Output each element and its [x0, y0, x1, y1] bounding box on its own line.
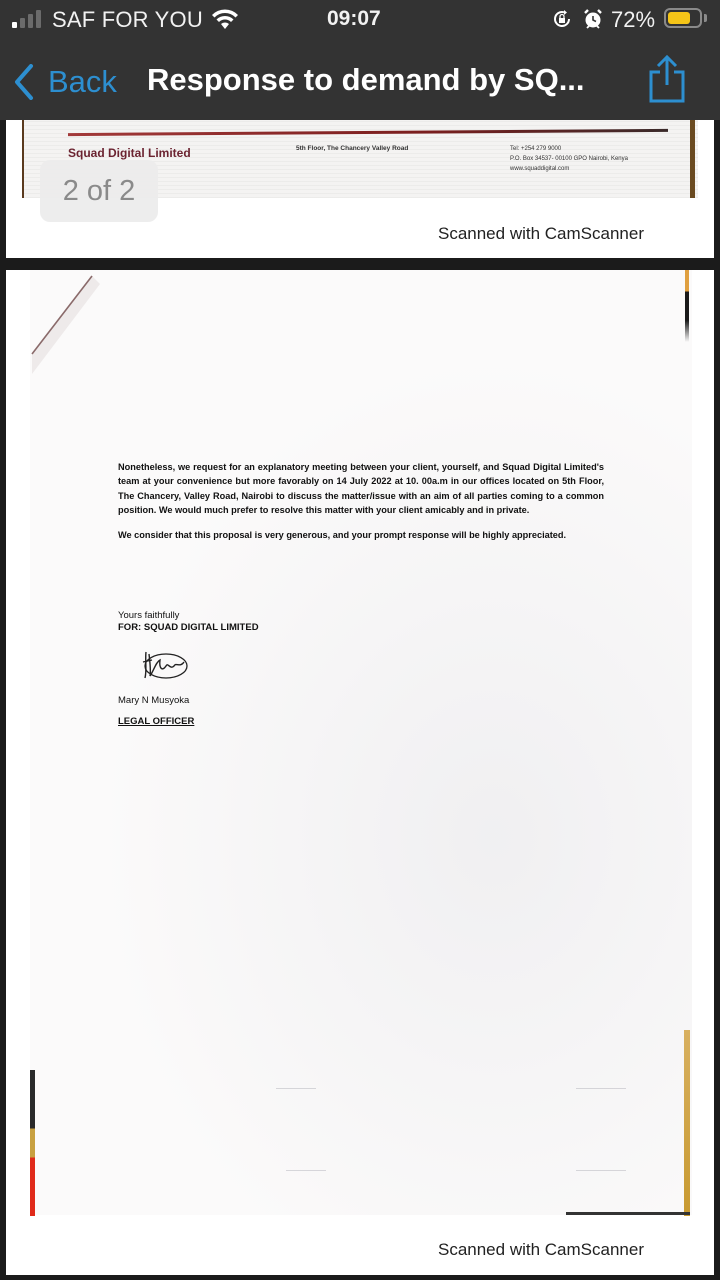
bleed-through-mark	[286, 1170, 326, 1171]
scan-edge	[30, 1070, 35, 1216]
back-label: Back	[48, 64, 117, 100]
document-viewer[interactable]: Squad Digital Limited 5th Floor, The Cha…	[0, 120, 720, 1280]
battery-percent: 72%	[611, 7, 655, 33]
bleed-through-mark	[276, 1088, 316, 1089]
letter-paragraph: We consider that this proposal is very g…	[118, 528, 604, 542]
letter-paragraph: Nonetheless, we request for an explanato…	[118, 460, 604, 518]
carrier-name: SAF FOR YOU	[52, 7, 203, 33]
letterhead-contact: Tel: +254 279 9000 P.O. Box 34537- 00100…	[510, 144, 628, 174]
signature-image	[140, 648, 190, 682]
clock: 09:07	[327, 7, 381, 31]
letter-closing: Yours faithfully FOR: SQUAD DIGITAL LIMI…	[118, 610, 259, 633]
letterhead-address: 5th Floor, The Chancery Valley Road	[296, 145, 408, 152]
scan-edge	[684, 1030, 690, 1216]
signer-name: Mary N Musyoka	[118, 695, 189, 706]
letterhead-po-box: P.O. Box 34537- 00100 GPO Nairobi, Kenya	[510, 154, 628, 164]
document-page-2: Nonetheless, we request for an explanato…	[6, 270, 714, 1275]
scanned-image	[30, 270, 692, 1215]
page-indicator: 2 of 2	[40, 160, 158, 222]
status-bar: SAF FOR YOU 09:07 72%	[0, 0, 720, 40]
letterhead-website: www.squaddigital.com	[510, 164, 628, 174]
battery-tip	[704, 14, 707, 22]
camscanner-footer: Scanned with CamScanner	[438, 224, 644, 244]
document-title: Response to demand by SQ...	[147, 62, 585, 98]
scan-edge	[566, 1212, 690, 1215]
scan-edge	[685, 270, 689, 342]
letterhead-tel: Tel: +254 279 9000	[510, 144, 628, 154]
navigation-bar: Back Response to demand by SQ...	[0, 48, 720, 116]
bleed-through-mark	[576, 1088, 626, 1089]
share-icon[interactable]	[646, 54, 688, 104]
signer-title: LEGAL OFFICER	[118, 716, 194, 727]
document-page-1: Squad Digital Limited 5th Floor, The Cha…	[6, 120, 714, 258]
letterhead-company: Squad Digital Limited	[68, 146, 191, 160]
chevron-left-icon	[14, 64, 34, 100]
scan-edge	[690, 120, 695, 198]
top-bar: SAF FOR YOU 09:07 72% Back	[0, 0, 720, 120]
signal-icon	[12, 10, 46, 28]
closing-company: FOR: SQUAD DIGITAL LIMITED	[118, 622, 259, 633]
bleed-through-mark	[576, 1170, 626, 1171]
paper-fold-shadow	[30, 274, 100, 374]
camscanner-footer: Scanned with CamScanner	[438, 1240, 644, 1260]
orientation-lock-icon	[552, 9, 572, 29]
closing-salutation: Yours faithfully	[118, 610, 259, 621]
letter-body: Nonetheless, we request for an explanato…	[118, 460, 604, 542]
scan-edge	[22, 120, 24, 198]
back-button[interactable]: Back	[14, 60, 117, 104]
wifi-icon	[210, 7, 240, 31]
battery-icon	[664, 8, 702, 28]
alarm-icon	[583, 8, 603, 30]
